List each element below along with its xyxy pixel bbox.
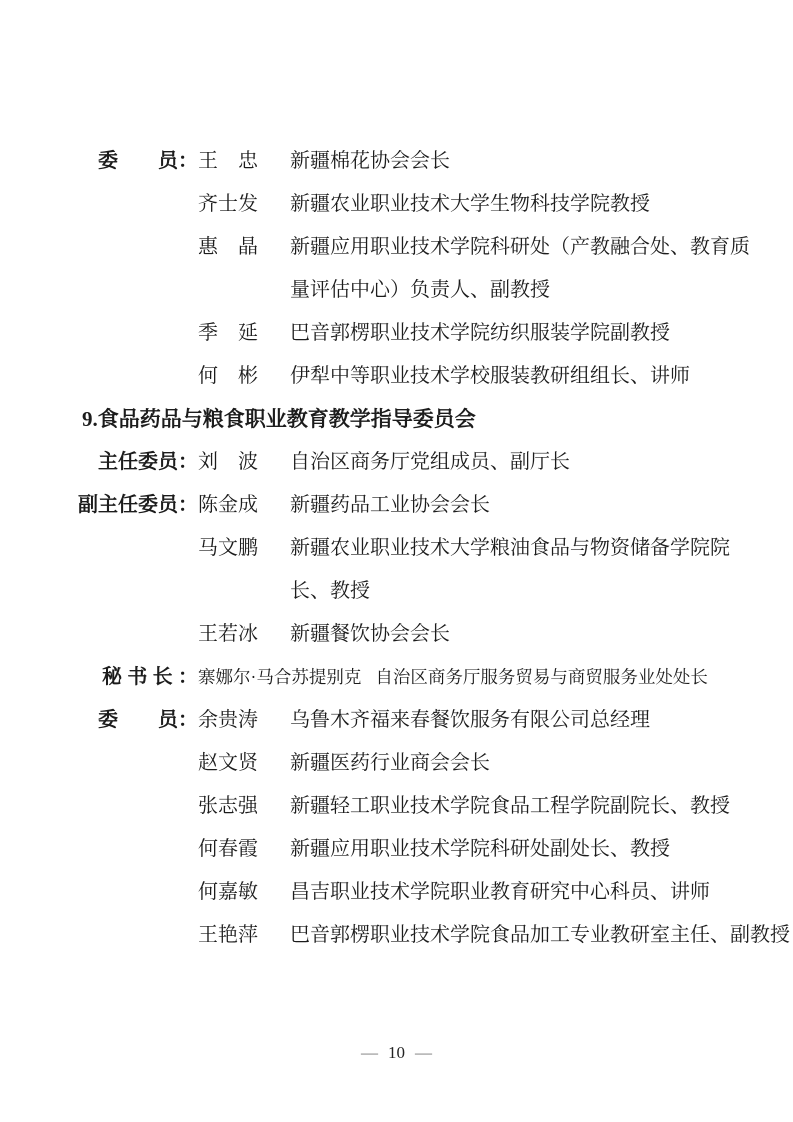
member-title-line: 新疆药品工业协会会长 (290, 484, 745, 527)
role-label: 委 员： (98, 140, 198, 183)
member-row: 惠 晶 新疆应用职业技术学院科研处（产教融合处、教育质量评估中心）负责人、副教授 (78, 226, 745, 312)
member-row: 委 员： 王 忠 新疆棉花协会会长 (78, 140, 745, 183)
role-label-cell: 副主任委员： (78, 484, 198, 527)
member-name: 刘 波 (198, 441, 290, 484)
member-row: 赵文贤 新疆医药行业商会会长 (78, 742, 745, 785)
member-title: 新疆轻工职业技术学院食品工程学院副院长、教授 (290, 785, 745, 828)
member-name: 季 延 (198, 312, 290, 355)
member-title: 伊犁中等职业技术学校服装教研组组长、讲师 (290, 355, 745, 398)
member-title: 巴音郭楞职业技术学院纺织服装学院副教授 (290, 312, 745, 355)
footer-right-dash: — (405, 1043, 442, 1062)
member-name: 陈金成 (198, 484, 290, 527)
member-row: 何嘉敏 昌吉职业技术学院职业教育研究中心科员、讲师 (78, 871, 745, 914)
member-name: 王若冰 (198, 613, 290, 656)
member-title: 新疆应用职业技术学院科研处（产教融合处、教育质量评估中心）负责人、副教授 (290, 226, 745, 312)
role-label-cell: 秘书长： (78, 656, 198, 699)
member-name: 惠 晶 (198, 226, 290, 269)
footer-left-dash: — (351, 1043, 388, 1062)
role-label: 秘书长： (102, 656, 198, 699)
member-name: 寨娜尔·马合苏提别克 (198, 656, 361, 699)
member-name: 何嘉敏 (198, 871, 290, 914)
member-title-line: 长、教授 (290, 570, 745, 613)
member-name: 何 彬 (198, 355, 290, 398)
member-name: 齐士发 (198, 183, 290, 226)
member-title: 新疆应用职业技术学院科研处副处长、教授 (290, 828, 745, 871)
member-title: 新疆棉花协会会长 (290, 140, 745, 183)
member-row: 副主任委员： 陈金成 新疆药品工业协会会长 (78, 484, 745, 527)
member-title: 新疆餐饮协会会长 (290, 613, 745, 656)
role-label: 主任委员： (98, 441, 198, 484)
member-name: 王艳萍 (198, 914, 290, 957)
member-title-line: 新疆餐饮协会会长 (290, 613, 745, 656)
member-name: 马文鹏 (198, 527, 290, 570)
member-title: 昌吉职业技术学院职业教育研究中心科员、讲师 (290, 871, 745, 914)
role-label-cell: 主任委员： (78, 441, 198, 484)
member-row: 秘书长： 寨娜尔·马合苏提别克 自治区商务厅服务贸易与商贸服务业处处长 (78, 656, 745, 699)
member-title: 巴音郭楞职业技术学院食品加工专业教研室主任、副教授 (290, 914, 745, 957)
member-row: 齐士发 新疆农业职业技术大学生物科技学院教授 (78, 183, 745, 226)
role-label-cell: 委 员： (78, 699, 198, 742)
member-title-line: 巴音郭楞职业技术学院食品加工专业教研室主任、副教授 (290, 914, 745, 957)
member-name: 何春霞 (198, 828, 290, 871)
member-title: 新疆医药行业商会会长 (290, 742, 745, 785)
member-row: 季 延 巴音郭楞职业技术学院纺织服装学院副教授 (78, 312, 745, 355)
member-title-line: 新疆棉花协会会长 (290, 140, 745, 183)
member-title-line: 自治区商务厅党组成员、副厅长 (290, 441, 745, 484)
page-footer: —10— (0, 1040, 793, 1066)
member-title-line: 巴音郭楞职业技术学院纺织服装学院副教授 (290, 312, 745, 355)
member-title-line: 新疆农业职业技术大学粮油食品与物资储备学院院 (290, 527, 745, 570)
member-title-line: 量评估中心）负责人、副教授 (290, 269, 745, 312)
member-title: 自治区商务厅党组成员、副厅长 (290, 441, 745, 484)
member-name: 赵文贤 (198, 742, 290, 785)
member-title: 新疆农业职业技术大学生物科技学院教授 (290, 183, 745, 226)
member-title-line: 新疆农业职业技术大学生物科技学院教授 (290, 183, 745, 226)
document-content: 委 员： 王 忠 新疆棉花协会会长 齐士发 新疆农业职业技术大学生物科技学院教授… (78, 140, 745, 957)
member-title: 自治区商务厅服务贸易与商贸服务业处处长 (375, 656, 708, 699)
member-row: 委 员： 余贵涛 乌鲁木齐福来春餐饮服务有限公司总经理 (78, 699, 745, 742)
member-title-line: 新疆应用职业技术学院科研处（产教融合处、教育质 (290, 226, 745, 269)
member-row: 主任委员： 刘 波 自治区商务厅党组成员、副厅长 (78, 441, 745, 484)
member-row: 何 彬 伊犁中等职业技术学校服装教研组组长、讲师 (78, 355, 745, 398)
member-title-line: 自治区商务厅服务贸易与商贸服务业处处长 (375, 656, 708, 699)
member-title-line: 新疆应用职业技术学院科研处副处长、教授 (290, 828, 745, 871)
member-title-line: 伊犁中等职业技术学校服装教研组组长、讲师 (290, 355, 745, 398)
member-row: 何春霞 新疆应用职业技术学院科研处副处长、教授 (78, 828, 745, 871)
member-title: 新疆农业职业技术大学粮油食品与物资储备学院院长、教授 (290, 527, 745, 613)
section-heading: 9.食品药品与粮食职业教育教学指导委员会 (78, 398, 745, 441)
member-row: 王若冰 新疆餐饮协会会长 (78, 613, 745, 656)
member-title-line: 乌鲁木齐福来春餐饮服务有限公司总经理 (290, 699, 745, 742)
member-name: 王 忠 (198, 140, 290, 183)
role-label: 委 员： (98, 699, 198, 742)
member-name: 张志强 (198, 785, 290, 828)
member-title: 乌鲁木齐福来春餐饮服务有限公司总经理 (290, 699, 745, 742)
member-title-line: 新疆轻工职业技术学院食品工程学院副院长、教授 (290, 785, 745, 828)
member-title-line: 昌吉职业技术学院职业教育研究中心科员、讲师 (290, 871, 745, 914)
role-label: 副主任委员： (78, 484, 198, 527)
member-row: 王艳萍 巴音郭楞职业技术学院食品加工专业教研室主任、副教授 (78, 914, 745, 957)
member-title-line: 新疆医药行业商会会长 (290, 742, 745, 785)
member-title: 新疆药品工业协会会长 (290, 484, 745, 527)
member-name: 余贵涛 (198, 699, 290, 742)
member-row: 马文鹏 新疆农业职业技术大学粮油食品与物资储备学院院长、教授 (78, 527, 745, 613)
page-number: 10 (388, 1043, 405, 1062)
document-page: 委 员： 王 忠 新疆棉花协会会长 齐士发 新疆农业职业技术大学生物科技学院教授… (0, 0, 793, 1122)
member-row: 张志强 新疆轻工职业技术学院食品工程学院副院长、教授 (78, 785, 745, 828)
role-label-cell: 委 员： (78, 140, 198, 183)
